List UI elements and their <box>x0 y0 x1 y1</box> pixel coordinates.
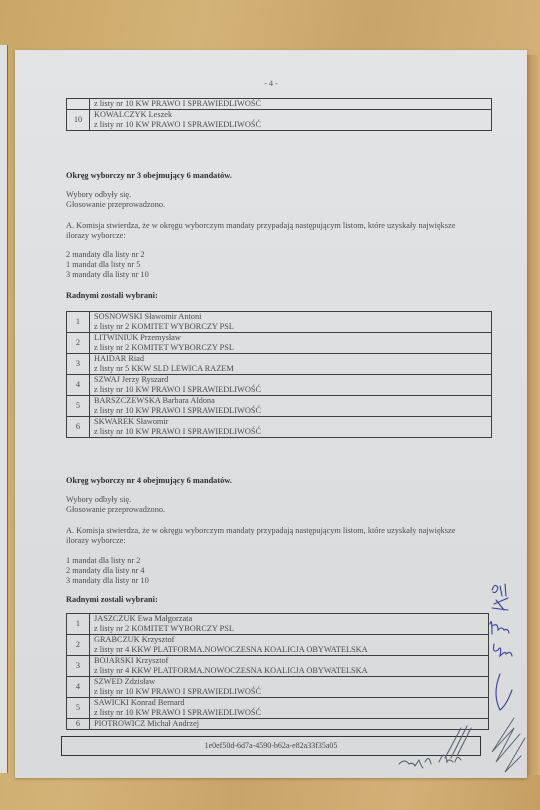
row-name: BOJARSKI Krzysztof <box>94 656 484 666</box>
row-list: z listy nr 10 KW PRAWO I SPRAWIEDLIWOŚĆ <box>90 99 492 110</box>
district-4-elected-table: 1JASZCZUK Ewa Małgorzataz listy nr 2 KOM… <box>66 613 489 730</box>
row-name: SAWICKI Konrad Bernard <box>94 698 484 708</box>
district-3-mandate: 3 mandaty dla listy nr 10 <box>66 270 149 280</box>
table-row: 3BOJARSKI Krzysztofz listy nr 4 KKW PLAT… <box>67 656 489 677</box>
document-hash-code: 1e0ef50d-6d7a-4590-b62a-e82a33f35a05 <box>61 736 481 756</box>
district-3-elected-table: 1SOSNOWSKI Sławomir Antoniz listy nr 2 K… <box>66 311 492 438</box>
adjacent-sheet-edge <box>0 45 8 773</box>
row-list: z listy nr 5 KKW SLD LEWICA RAZEM <box>94 364 487 374</box>
district-4-mandate: 1 mandat dla listy nr 2 <box>66 556 140 566</box>
table-row: 6SKWAREK Sławomirz listy nr 10 KW PRAWO … <box>67 417 492 438</box>
district-3-elected-heading: Radnymi zostali wybrani: <box>66 291 158 301</box>
row-list: z listy nr 4 KKW PLATFORMA.NOWOCZESNA KO… <box>94 666 484 676</box>
row-list: z listy nr 10 KW PRAWO I SPRAWIEDLIWOŚĆ <box>94 687 484 697</box>
desk-edge <box>527 55 540 775</box>
row-name: GRABCZUK Krzysztof <box>94 635 484 645</box>
row-name: JASZCZUK Ewa Małgorzata <box>94 614 484 624</box>
district-3-mandate: 1 mandat dla listy nr 5 <box>66 260 140 270</box>
district-4-status: Wybory odbyły się. <box>66 495 131 505</box>
row-list: z listy nr 10 KW PRAWO I SPRAWIEDLIWOŚĆ <box>94 385 487 395</box>
page-number: - 4 - <box>15 79 527 88</box>
row-number: 6 <box>67 417 90 438</box>
table-row: 5SAWICKI Konrad Bernardz listy nr 10 KW … <box>67 698 489 719</box>
table-row: 2LITWINIUK Przemysławz listy nr 2 KOMITE… <box>67 333 492 354</box>
district-4-statement: ilorazy wyborcze: <box>66 536 126 546</box>
district-3-mandate: 2 mandaty dla listy nr 2 <box>66 250 145 260</box>
table-row: 1SOSNOWSKI Sławomir Antoniz listy nr 2 K… <box>67 312 492 333</box>
row-name: BARSZCZEWSKA Barbara Aldona <box>94 396 487 406</box>
table-row: z listy nr 10 KW PRAWO I SPRAWIEDLIWOŚĆ <box>67 99 492 110</box>
district-4-statement: A. Komisja stwierdza, że w okręgu wyborc… <box>66 526 455 536</box>
row-list: z listy nr 2 KOMITET WYBORCZY PSL <box>94 322 487 332</box>
row-name: SOSNOWSKI Sławomir Antoni <box>94 312 487 322</box>
row-number: 6 <box>67 719 90 730</box>
table-row: 10 KOWALCZYK Leszekz listy nr 10 KW PRAW… <box>67 110 492 131</box>
district-4-mandate: 3 mandaty dla listy nr 10 <box>66 576 149 586</box>
row-number: 2 <box>67 333 90 354</box>
district-4-status: Głosowanie przeprowadzono. <box>66 505 165 515</box>
district-3-status: Głosowanie przeprowadzono. <box>66 200 165 210</box>
row-list: z listy nr 10 KW PRAWO I SPRAWIEDLIWOŚĆ <box>94 427 487 437</box>
district-4-elected-heading: Radnymi zostali wybrani: <box>66 595 158 605</box>
continued-results-table: z listy nr 10 KW PRAWO I SPRAWIEDLIWOŚĆ … <box>66 98 492 131</box>
row-name: PIOTROWICZ Michał Andrzej <box>94 719 484 729</box>
district-3-heading: Okręg wyborczy nr 3 obejmujący 6 mandató… <box>66 171 232 181</box>
table-row: 5BARSZCZEWSKA Barbara Aldonaz listy nr 1… <box>67 396 492 417</box>
row-number: 4 <box>67 375 90 396</box>
row-number: 10 <box>67 110 90 131</box>
table-row: 3HAIDAR Riadz listy nr 5 KKW SLD LEWICA … <box>67 354 492 375</box>
row-name: KOWALCZYK Leszek <box>94 110 487 120</box>
table-row: 4SZWAJ Jerzy Ryszardz listy nr 10 KW PRA… <box>67 375 492 396</box>
district-3-status: Wybory odbyły się. <box>66 190 131 200</box>
row-number <box>67 99 90 110</box>
row-number: 5 <box>67 396 90 417</box>
row-list: z listy nr 4 KKW PLATFORMA.NOWOCZESNA KO… <box>94 645 484 655</box>
row-name: LITWINIUK Przemysław <box>94 333 487 343</box>
row-list: z listy nr 10 KW PRAWO I SPRAWIEDLIWOŚĆ <box>94 120 487 130</box>
district-3-statement: ilorazy wyborcze: <box>66 231 126 241</box>
row-name: SZWED Zdzisław <box>94 677 484 687</box>
row-name: SKWAREK Sławomir <box>94 417 487 427</box>
table-row: 4SZWED Zdzisławz listy nr 10 KW PRAWO I … <box>67 677 489 698</box>
district-4-mandate: 2 mandaty dla listy nr 4 <box>66 566 145 576</box>
row-name: SZWAJ Jerzy Ryszard <box>94 375 487 385</box>
row-number: 1 <box>67 614 90 635</box>
row-number: 2 <box>67 635 90 656</box>
table-row: 2GRABCZUK Krzysztofz listy nr 4 KKW PLAT… <box>67 635 489 656</box>
row-number: 1 <box>67 312 90 333</box>
row-list: z listy nr 2 KOMITET WYBORCZY PSL <box>94 624 484 634</box>
table-row: 1JASZCZUK Ewa Małgorzataz listy nr 2 KOM… <box>67 614 489 635</box>
district-3-statement: A. Komisja stwierdza, że w okręgu wyborc… <box>66 221 455 231</box>
row-list: z listy nr 10 KW PRAWO I SPRAWIEDLIWOŚĆ <box>94 708 484 718</box>
row-number: 3 <box>67 656 90 677</box>
row-number: 5 <box>67 698 90 719</box>
district-4-heading: Okręg wyborczy nr 4 obejmujący 6 mandató… <box>66 476 232 486</box>
row-list: z listy nr 2 KOMITET WYBORCZY PSL <box>94 343 487 353</box>
row-number: 4 <box>67 677 90 698</box>
table-row: 6PIOTROWICZ Michał Andrzej <box>67 719 489 730</box>
row-name: HAIDAR Riad <box>94 354 487 364</box>
document-page: - 4 - z listy nr 10 KW PRAWO I SPRAWIEDL… <box>15 50 527 778</box>
row-list: z listy nr 10 KW PRAWO I SPRAWIEDLIWOŚĆ <box>94 406 487 416</box>
row-number: 3 <box>67 354 90 375</box>
